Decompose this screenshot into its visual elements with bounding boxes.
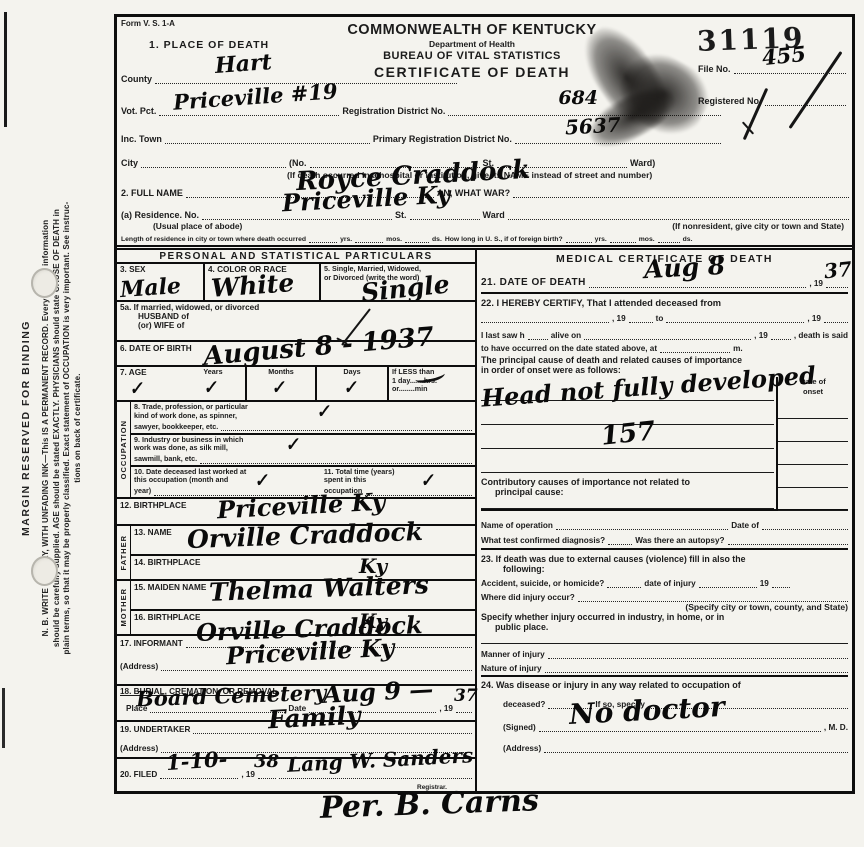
- registrar-signature-fill: Lang W. Sanders: [279, 768, 472, 779]
- certify-line: 22. I HEREBY CERTIFY, That I attended de…: [481, 298, 848, 308]
- accident-fill: [607, 577, 641, 588]
- burial-place-fill: Board Cemetery: [150, 702, 285, 713]
- row5a-label-1: 5a. If married, widowed, or divorced: [120, 303, 472, 312]
- county-value: Hart: [214, 51, 272, 77]
- age-label-cell: 7. AGE ✓: [117, 367, 181, 400]
- to-year-printed: , 19: [807, 314, 821, 323]
- mother-side-label-wrap: MOTHER: [117, 581, 131, 634]
- age-checkmark: ✓: [128, 380, 144, 399]
- last-saw-fill-1: [528, 329, 548, 340]
- informant-address-value: Priceville Ky: [226, 636, 395, 669]
- accident-line: Accident, suicide, or homicide? date of …: [481, 577, 848, 588]
- where-injury-hint: (Specify city or town, county, and State…: [481, 602, 848, 612]
- onset-line: [778, 396, 848, 419]
- trade-row: 8. Trade, profession, or particular kind…: [131, 402, 475, 433]
- city-label: City: [121, 158, 138, 168]
- burial-year-value: 37: [454, 688, 478, 705]
- age-row: 7. AGE ✓ Years ✓ Months ✓ Days: [117, 367, 475, 402]
- age-months-cell: Months ✓: [245, 367, 315, 400]
- test-label: What test confirmed diagnosis?: [481, 536, 605, 545]
- commonwealth-title: COMMONWEALTH OF KENTUCKY: [307, 22, 637, 38]
- where-injury-fill: [578, 591, 848, 602]
- age-days-label: Days: [320, 368, 384, 377]
- cause-line-3: 157: [481, 425, 774, 449]
- full-name-line: 2. FULL NAME Royce Craddock AN, WHAT WAR…: [121, 187, 849, 198]
- cause-code-value: 157: [600, 418, 657, 450]
- last-saw-label-2: alive on: [551, 331, 582, 340]
- mother-name-label: 15. MAIDEN NAME: [134, 583, 206, 592]
- age-label: 7. AGE: [120, 368, 178, 377]
- filed-year-fill: 38: [258, 768, 276, 779]
- from-fill: [481, 312, 609, 323]
- marital-value: Single: [360, 271, 451, 305]
- md-label: , M. D.: [824, 723, 848, 732]
- months-checkmark: ✓: [270, 379, 286, 398]
- to-year-fill: [824, 312, 848, 323]
- residence-label: (a) Residence. No.: [121, 210, 199, 220]
- occupation-side-label-wrap: OCCUPATION: [117, 402, 131, 497]
- ds-fill: [405, 232, 429, 243]
- father-name-row: 13. NAME Orville Craddock: [131, 526, 475, 554]
- ds2-label: ds.: [683, 236, 693, 243]
- age-years-cell: Years ✓: [181, 367, 245, 400]
- ds-label: ds.: [432, 236, 442, 243]
- race-cell: 4. COLOR OR RACE White: [203, 264, 319, 300]
- address-label: (Address): [503, 744, 541, 753]
- trade-label-3: sawyer, bookkeeper, etc.: [134, 423, 218, 432]
- where-injury-label: Where did injury occur?: [481, 593, 575, 602]
- voting-precinct-label: Vot. Pct.: [121, 106, 156, 116]
- last-worked-label-2: this occupation (month and: [134, 476, 320, 485]
- residence-street-label: St.: [395, 210, 407, 220]
- file-number-label: File No.: [698, 64, 731, 74]
- date-of-death-row: 21. DATE OF DEATH Aug 8 , 19 37: [481, 266, 848, 294]
- days-checkmark: ✓: [342, 379, 358, 398]
- date-of-onset-box: Date of onset: [776, 377, 848, 509]
- last-saw-fill-2: [584, 329, 751, 340]
- injury-year-fill: [772, 577, 790, 588]
- onset-line: [778, 442, 848, 465]
- residence-line: (a) Residence. No. Priceville Ky St. War…: [121, 209, 849, 220]
- punch-hole: [31, 268, 58, 298]
- dod-year-value: 37: [823, 259, 852, 282]
- father-side-label: FATHER: [119, 535, 128, 570]
- specify-fill-line: [481, 632, 848, 644]
- binding-margin-note: MARGIN RESERVED FOR BINDING N. B. WRITE …: [20, 20, 83, 836]
- filed-row: 20. FILED 1-10- , 19 38 Lang W. Sanders …: [117, 759, 475, 791]
- last-saw-label-3: , death is said: [794, 331, 848, 340]
- dod-year-fill: 37: [826, 277, 848, 288]
- burial-year-fill: 37: [456, 702, 472, 713]
- manner-fill: [548, 648, 848, 659]
- years-checkmark: ✓: [202, 379, 218, 398]
- last-saw-label-1: I last saw h: [481, 331, 525, 340]
- father-birthplace-label: 14. BIRTHPLACE: [134, 558, 200, 567]
- autopsy-fill: [728, 534, 848, 545]
- signed-fill: No doctor: [539, 721, 821, 732]
- father-name-label: 13. NAME: [134, 528, 172, 537]
- total-time-label-2: spent in this: [324, 476, 472, 485]
- residence-ward-fill: [508, 209, 849, 220]
- diagnosis-line: What test confirmed diagnosis? Was there…: [481, 534, 848, 550]
- abode-hint: (Usual place of abode): [153, 221, 242, 231]
- burial-year-printed: , 19: [439, 704, 453, 713]
- from-year-printed: , 19: [612, 314, 626, 323]
- undertaker-fill: Family: [193, 723, 472, 734]
- last-saw-year-fill: [771, 329, 791, 340]
- trade-checkmark: ✓: [315, 403, 331, 422]
- undertaker-label: 19. UNDERTAKER: [120, 725, 190, 734]
- margin-instruction-line: plain terms, so that it may be properly …: [62, 20, 73, 836]
- to-label: to: [656, 314, 664, 323]
- address-line: (Address): [481, 742, 848, 753]
- occurred-label: to have occurred on the date stated abov…: [481, 344, 657, 353]
- date-of-injury-fill: [699, 577, 757, 588]
- external-causes-label-2: following:: [481, 564, 848, 574]
- certificate-columns: PERSONAL AND STATISTICAL PARTICULARS 3. …: [117, 245, 852, 791]
- occurred-line: to have occurred on the date stated abov…: [481, 342, 848, 353]
- place-of-death-title: 1. PLACE OF DEATH: [149, 39, 269, 51]
- nature-label: Nature of injury: [481, 664, 542, 673]
- signed-line: (Signed) No doctor , M. D.: [481, 721, 848, 732]
- filed-date-fill: 1-10-: [160, 768, 238, 779]
- full-name-label: 2. FULL NAME: [121, 188, 183, 198]
- scanned-death-certificate: MARGIN RESERVED FOR BINDING N. B. WRITE …: [0, 0, 864, 847]
- scan-edge-artifact: [4, 12, 7, 127]
- cause-line-4: [481, 449, 774, 473]
- industry-fill: ✓: [200, 453, 472, 464]
- nature-fill: [545, 662, 848, 673]
- autopsy-label: Was there an autopsy?: [635, 536, 724, 545]
- occupation-relation-label: 24. Was disease or injury in any way rel…: [481, 680, 848, 690]
- sex-value: Male: [119, 275, 181, 301]
- yrs-fill: [309, 232, 337, 243]
- informant-address-label: (Address): [120, 662, 158, 671]
- industry-label-3: sawmill, bank, etc.: [134, 455, 197, 464]
- voting-precinct-value: Priceville #19: [173, 80, 339, 112]
- onset-line: [778, 465, 848, 488]
- dod-value: Aug 8: [643, 253, 725, 282]
- scan-edge-artifact: [2, 688, 5, 748]
- last-saw-year-printed: , 19: [754, 331, 768, 340]
- sex-race-marital-row: 3. SEX Male 4. COLOR OR RACE White 5. Si…: [117, 264, 475, 302]
- father-birthplace-row: 14. BIRTHPLACE Ky: [131, 554, 475, 568]
- file-number-line: File No. 455: [698, 63, 846, 74]
- operation-date-label: Date of: [731, 521, 759, 530]
- age-less-cell: If LESS than 1 day.......hrs. or........…: [387, 367, 475, 400]
- filed-year-printed: , 19: [241, 770, 255, 779]
- residence-fill: Priceville Ky: [202, 209, 392, 220]
- trade-label-2: kind of work done, as spinner,: [134, 412, 472, 421]
- dob-label: 6. DATE OF BIRTH: [120, 344, 192, 353]
- margin-instruction-line: tions on back of certificate.: [73, 20, 84, 836]
- yrs2-fill: [566, 232, 592, 243]
- last-worked-label-3: year): [134, 487, 151, 496]
- contributory-label-2: principal cause:: [481, 487, 774, 497]
- personal-column: PERSONAL AND STATISTICAL PARTICULARS 3. …: [117, 250, 477, 791]
- sex-label: 3. SEX: [120, 265, 200, 274]
- dod-fill: Aug 8: [589, 277, 807, 288]
- last-worked-checkmark: ✓: [253, 472, 269, 491]
- date-of-birth-row: 6. DATE OF BIRTH August 8 - 1937: [117, 342, 475, 367]
- mos2-label: mos.: [639, 236, 655, 243]
- industry-label-2: work was done, as silk mill,: [134, 444, 472, 453]
- yrs-label: yrs.: [340, 236, 352, 243]
- margin-instruction-line: should be carefully supplied. AGE should…: [52, 20, 63, 836]
- mos-fill: [355, 232, 383, 243]
- attended-dates-line: , 19 to , 19: [481, 312, 848, 323]
- county-label: County: [121, 74, 152, 84]
- medical-column: MEDICAL CERTIFICATE OF DEATH 21. DATE OF…: [477, 250, 852, 791]
- test-fill: [608, 534, 632, 545]
- personal-section-title: PERSONAL AND STATISTICAL PARTICULARS: [117, 250, 475, 264]
- specify-label-2: public place.: [481, 622, 848, 632]
- from-year-fill: [629, 312, 653, 323]
- trade-fill: ✓: [221, 420, 472, 431]
- marital-cell: 5. Single, Married, Widowed, or Divorced…: [319, 264, 475, 300]
- filed-label: 20. FILED: [120, 770, 157, 779]
- contributory-label-1: Contributory causes of importance not re…: [481, 473, 774, 487]
- file-number-value: 455: [761, 43, 807, 68]
- signed-value: No doctor: [568, 693, 725, 729]
- mother-name-row: 15. MAIDEN NAME Thelma Walters: [131, 581, 475, 609]
- occupation-block: OCCUPATION 8. Trade, profession, or part…: [117, 402, 475, 499]
- certificate-body: Form V. S. 1-A 1. PLACE OF DEATH COMMONW…: [114, 14, 855, 794]
- veteran-war-fill: [513, 187, 849, 198]
- dod-label: 21. DATE OF DEATH: [481, 277, 586, 288]
- certificate-header: Form V. S. 1-A 1. PLACE OF DEATH COMMONW…: [117, 17, 852, 245]
- date-of-injury-label: date of injury: [644, 579, 695, 588]
- informant-address-fill: Priceville Ky: [161, 660, 472, 671]
- operation-label: Name of operation: [481, 521, 553, 530]
- age-months-label: Months: [250, 368, 312, 377]
- length-residence-label: Length of residence in city or town wher…: [121, 236, 306, 243]
- nature-line: Nature of injury: [481, 662, 848, 677]
- form-number: Form V. S. 1-A: [121, 19, 175, 28]
- birthplace-value: Priceville Ky: [216, 490, 385, 523]
- age-less-label-3: or........min: [392, 385, 472, 394]
- operation-date-fill: [762, 519, 848, 530]
- margin-instruction-line: N. B. WRITE PLAINLY, WITH UNFADING INK—T…: [41, 20, 52, 836]
- specify-label-1: Specify whether injury occurred in indus…: [481, 612, 848, 622]
- per-signature: Per. B. Carns: [320, 786, 540, 824]
- race-value: White: [210, 270, 295, 301]
- operation-fill: [556, 519, 728, 530]
- where-injury-line: Where did injury occur?: [481, 591, 848, 602]
- injury-year-printed: 19: [760, 579, 769, 588]
- informant-label: 17. INFORMANT: [120, 639, 183, 648]
- inc-town-label: Inc. Town: [121, 134, 162, 144]
- voting-precinct-fill: Priceville #19: [159, 105, 339, 116]
- registration-district-label: Registration District No.: [342, 106, 445, 116]
- last-saw-line: I last saw h alive on , 19 , death is sa…: [481, 329, 848, 340]
- father-side-label-wrap: FATHER: [117, 526, 131, 579]
- onset-line: [778, 488, 848, 511]
- mother-birthplace-label: 16. BIRTHPLACE: [134, 613, 200, 622]
- inc-town-fill: [165, 133, 370, 144]
- ds2-fill: [658, 232, 680, 243]
- ward-label: Ward): [630, 158, 655, 168]
- accident-label: Accident, suicide, or homicide?: [481, 579, 604, 588]
- city-fill: [141, 157, 286, 168]
- occupation-side-label: OCCUPATION: [119, 420, 128, 479]
- row5a-label-2: HUSBAND of: [138, 312, 472, 321]
- cause-line-1: Head not fully developed: [481, 377, 774, 401]
- industry-checkmark: ✓: [284, 436, 300, 455]
- filed-year-value: 38: [254, 753, 279, 771]
- yrs2-label: yrs.: [595, 236, 607, 243]
- undertaker-value: Family: [268, 703, 362, 733]
- residence-street-fill: [410, 209, 480, 220]
- sex-cell: 3. SEX Male: [117, 264, 203, 300]
- address-fill: [544, 742, 848, 753]
- age-days-cell: Days ✓: [315, 367, 387, 400]
- deceased-label: deceased?: [503, 700, 545, 709]
- father-name-value: Orville Craddock: [187, 519, 424, 552]
- filed-date-value: 1-10-: [166, 748, 229, 773]
- industry-row: 9. Industry or business in which work wa…: [131, 433, 475, 465]
- nonresident-note: (If nonresident, give city or town and S…: [672, 221, 844, 231]
- birthplace-label: 12. BIRTHPLACE: [120, 501, 186, 510]
- occurred-m-label: m.: [733, 344, 743, 353]
- length-of-residence-line: Length of residence in city or town wher…: [121, 232, 849, 243]
- punch-hole: [31, 556, 58, 586]
- manner-line: Manner of injury: [481, 648, 848, 659]
- onset-line: [778, 419, 848, 442]
- signed-label: (Signed): [503, 723, 536, 732]
- mother-name-value: Thelma Walters: [209, 572, 430, 605]
- undertaker-address-label: (Address): [120, 744, 158, 753]
- primary-district-label: Primary Registration District No.: [373, 134, 512, 144]
- external-causes-label-1: 23. If death was due to external causes …: [481, 554, 848, 564]
- mos2-fill: [610, 232, 636, 243]
- manner-label: Manner of injury: [481, 650, 545, 659]
- dod-year-printed: , 19: [809, 279, 823, 288]
- mother-side-label: MOTHER: [119, 588, 128, 627]
- operation-line: Name of operation Date of: [481, 519, 848, 530]
- residence-ward-label: Ward: [483, 210, 505, 220]
- how-long-us-label: How long in U. S., if of foreign birth?: [445, 236, 563, 243]
- to-fill: [666, 312, 804, 323]
- occurred-time-fill: [660, 342, 730, 353]
- binding-margin-title: MARGIN RESERVED FOR BINDING: [20, 20, 32, 836]
- contributory-fill-line: [481, 497, 774, 509]
- total-time-checkmark: ✓: [419, 472, 435, 491]
- mos-label: mos.: [386, 236, 402, 243]
- cause-of-death-area: Head not fully developed 157 Contributor…: [481, 377, 848, 511]
- registration-district-value: 684: [558, 89, 598, 108]
